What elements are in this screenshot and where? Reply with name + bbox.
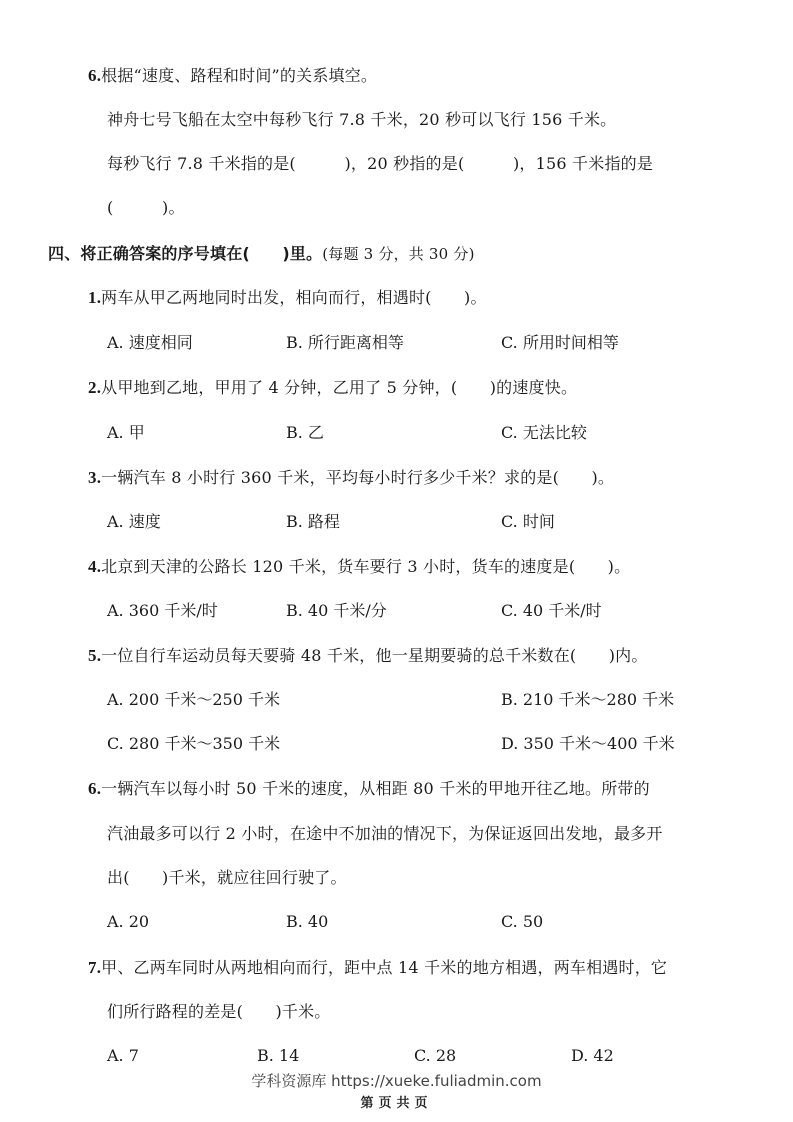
option-c: C. 50 (501, 912, 543, 932)
option-b: B. 乙 (286, 423, 324, 443)
question-7: 7.甲、乙两车同时从两地相向而行，距中点 14 千米的地方相遇，两车相遇时，它 (88, 958, 667, 978)
question-5: 5.一位自行车运动员每天要骑 48 千米，他一星期要骑的总千米数在( )内。 (88, 646, 648, 666)
option-c: C. 所用时间相等 (501, 333, 619, 353)
option-a: A. 速度相同 (107, 333, 193, 353)
question-text: 根据“速度、路程和时间”的关系填空。 (101, 66, 377, 85)
question-6: 6.一辆汽车以每小时 50 千米的速度，从相距 80 千米的甲地开往乙地。所带的 (88, 779, 650, 799)
question-text: 两车从甲乙两地同时出发，相向而行，相遇时( )。 (101, 288, 487, 307)
question-text: 从甲地到乙地，甲用了 4 分钟，乙用了 5 分钟，( )的速度快。 (101, 378, 577, 397)
option-d: D. 42 (571, 1046, 614, 1066)
question-6-line-3: 出( )千米，就应往回行驶了。 (107, 868, 347, 888)
section-score-note: (每题 3 分，共 30 分) (322, 245, 474, 263)
option-b: B. 14 (257, 1046, 299, 1066)
option-b: B. 210 千米～280 千米 (501, 690, 674, 710)
question-text: 一位自行车运动员每天要骑 48 千米，他一星期要骑的总千米数在( )内。 (101, 646, 647, 665)
option-b: B. 所行距离相等 (286, 333, 404, 353)
option-a: A. 7 (107, 1046, 139, 1066)
question-7-line-2: 们所行路程的差是( )千米。 (107, 1002, 331, 1022)
option-c: C. 280 千米～350 千米 (107, 734, 280, 754)
question-text: 一辆汽车 8 小时行 360 千米，平均每小时行多少千米？求的是( )。 (101, 468, 614, 487)
question-number: 7. (88, 958, 101, 977)
watermark-source: 学科资源库 https://xueke.fuliadmin.com (0, 1070, 793, 1091)
question-4: 4.北京到天津的公路长 120 千米，货车要行 3 小时，货车的速度是( )。 (88, 557, 630, 577)
question-2: 2.从甲地到乙地，甲用了 4 分钟，乙用了 5 分钟，( )的速度快。 (88, 378, 577, 398)
question-1: 1.两车从甲乙两地同时出发，相向而行，相遇时( )。 (88, 288, 487, 308)
question-number: 2. (88, 378, 101, 397)
question-number: 1. (88, 288, 101, 307)
question-6-line-2: 汽油最多可以行 2 小时，在途中不加油的情况下，为保证返回出发地，最多开 (107, 824, 663, 844)
q6-fill-line-1: 神舟七号飞船在太空中每秒飞行 7.8 千米，20 秒可以飞行 156 千米。 (107, 110, 616, 130)
option-c: C. 40 千米/时 (501, 601, 602, 621)
option-a: A. 200 千米～250 千米 (107, 690, 280, 710)
option-c: C. 28 (414, 1046, 456, 1066)
option-c: C. 时间 (501, 512, 555, 532)
question-number: 6. (88, 66, 101, 85)
option-a: A. 速度 (107, 512, 161, 532)
option-b: B. 40 千米/分 (286, 601, 387, 621)
question-text: 一辆汽车以每小时 50 千米的速度，从相距 80 千米的甲地开往乙地。所带的 (101, 779, 650, 798)
q6-fill-title: 6.根据“速度、路程和时间”的关系填空。 (88, 66, 377, 86)
option-a: A. 20 (107, 912, 149, 932)
option-b: B. 40 (286, 912, 328, 932)
section-title: 四、将正确答案的序号填在( )里。 (48, 244, 322, 263)
option-a: A. 360 千米/时 (107, 601, 218, 621)
section-heading: 四、将正确答案的序号填在( )里。(每题 3 分，共 30 分) (48, 244, 475, 264)
question-text: 北京到天津的公路长 120 千米，货车要行 3 小时，货车的速度是( )。 (101, 557, 630, 576)
option-d: D. 350 千米～400 千米 (501, 734, 675, 754)
page-number: 第页共页 (0, 1092, 793, 1111)
question-3: 3.一辆汽车 8 小时行 360 千米，平均每小时行多少千米？求的是( )。 (88, 468, 614, 488)
question-number: 3. (88, 468, 101, 487)
question-number: 4. (88, 557, 101, 576)
option-a: A. 甲 (107, 423, 145, 443)
q6-fill-line-2: 每秒飞行 7.8 千米指的是( )，20 秒指的是( )，156 千米指的是 (107, 154, 653, 174)
question-number: 6. (88, 779, 101, 798)
option-c: C. 无法比较 (501, 423, 587, 443)
question-number: 5. (88, 646, 101, 665)
question-text: 甲、乙两车同时从两地相向而行，距中点 14 千米的地方相遇，两车相遇时，它 (101, 958, 667, 977)
q6-fill-line-3: ( )。 (107, 198, 185, 218)
option-b: B. 路程 (286, 512, 340, 532)
